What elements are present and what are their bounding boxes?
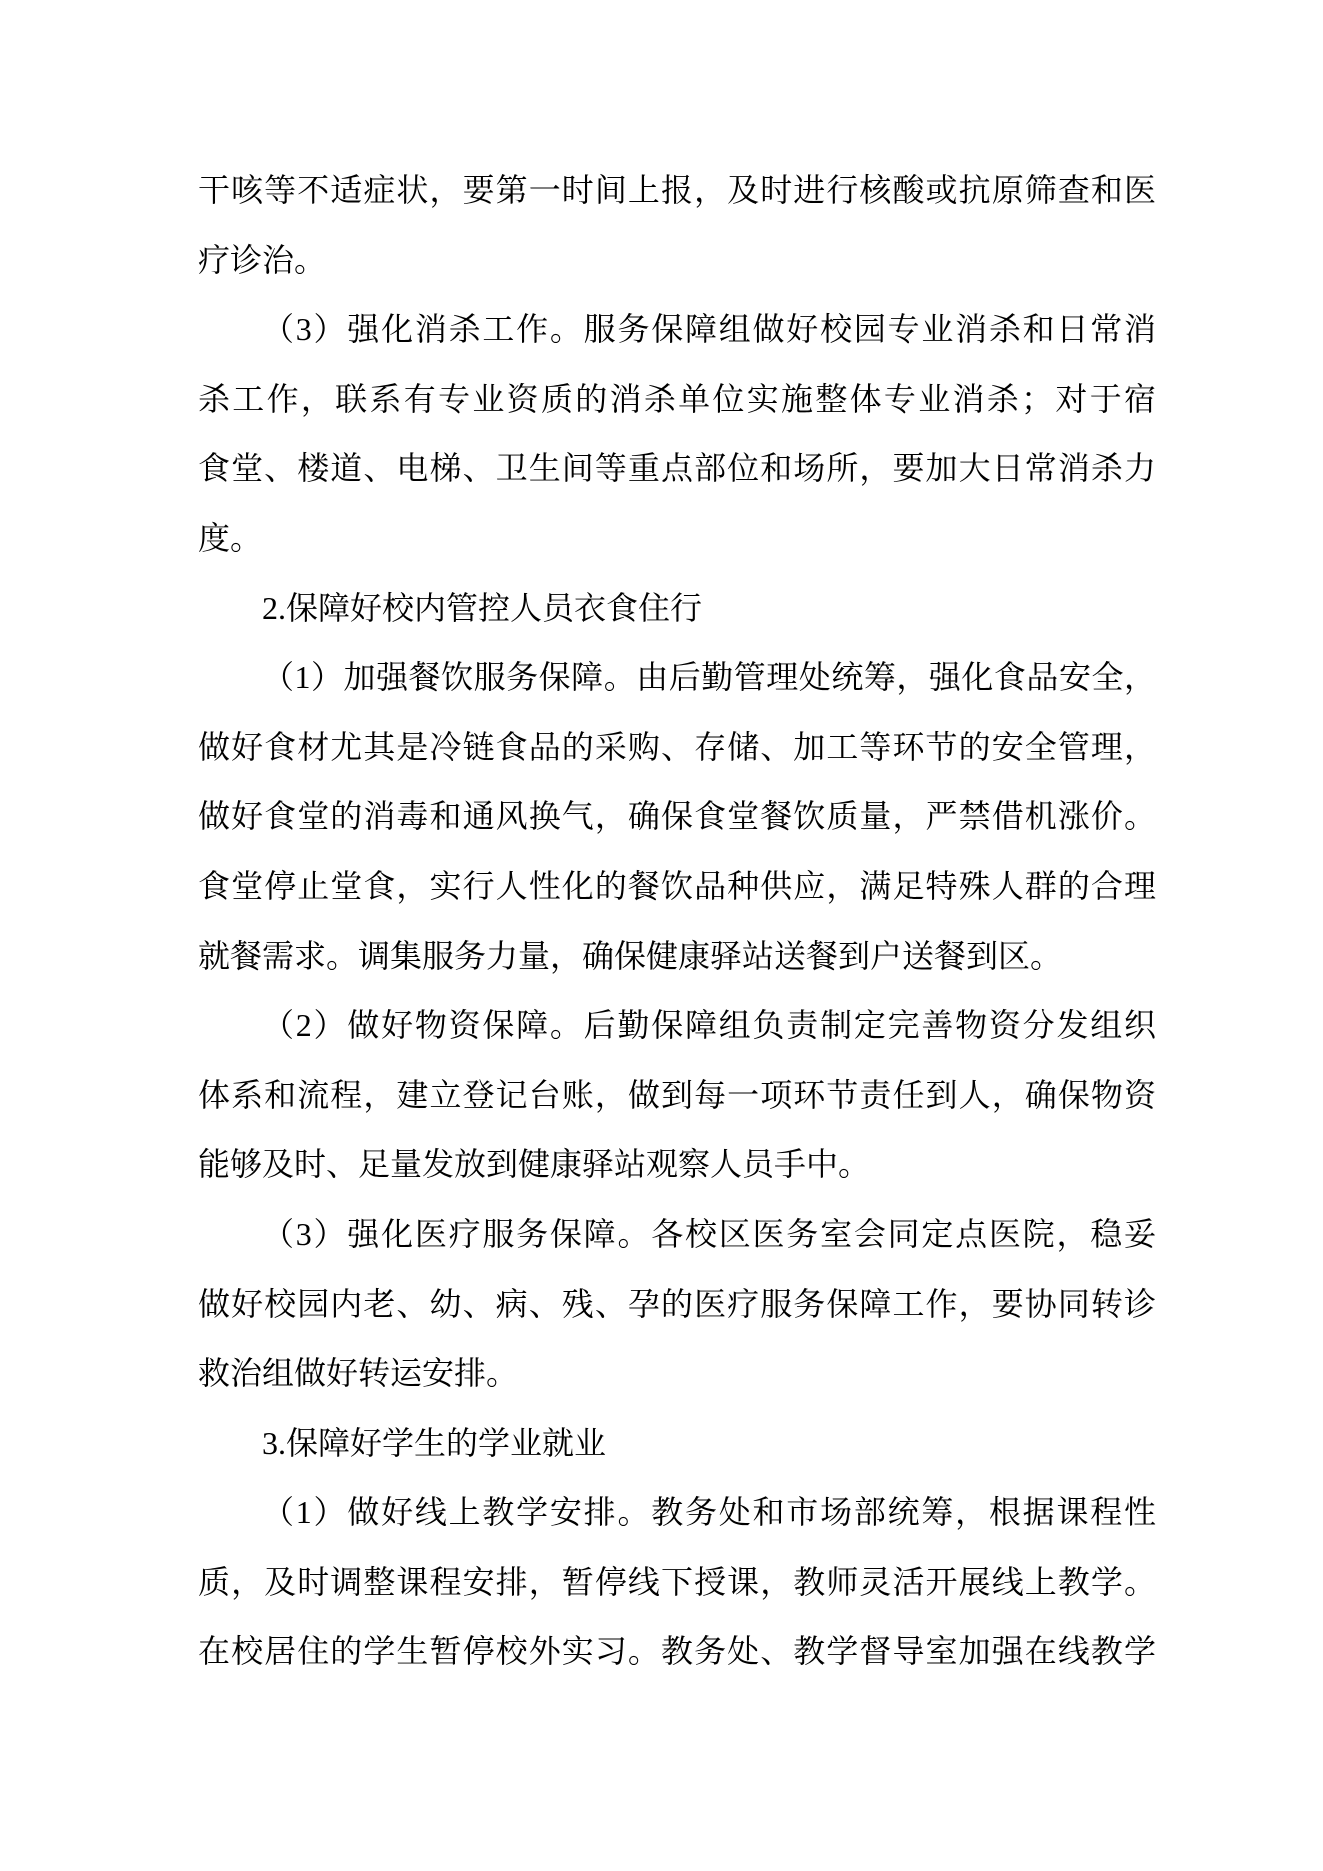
text-line: 食堂停止堂食，实行人性化的餐饮品种供应，满足特殊人群的合理 (198, 852, 1156, 922)
text-line: （3）强化医疗服务保障。各校区医务室会同定点医院，稳妥 (198, 1200, 1156, 1270)
text-line: 在校居住的学生暂停校外实习。教务处、教学督导室加强在线教学 (198, 1617, 1156, 1687)
text-line: 2.保障好校内管控人员衣食住行 (198, 574, 1156, 644)
text-line: （1）加强餐饮服务保障。由后勤管理处统筹，强化食品安全， (198, 643, 1156, 713)
text-line: 体系和流程，建立登记台账，做到每一项环节责任到人，确保物资 (198, 1061, 1156, 1131)
text-line: 疗诊治。 (198, 226, 1156, 296)
text-line: 能够及时、足量发放到健康驿站观察人员手中。 (198, 1130, 1156, 1200)
text-line: 食堂、楼道、电梯、卫生间等重点部位和场所，要加大日常消杀力 (198, 434, 1156, 504)
text-line: 杀工作，联系有专业资质的消杀单位实施整体专业消杀；对于宿舍、 (198, 365, 1156, 435)
text-line: 就餐需求。调集服务力量，确保健康驿站送餐到户送餐到区。 (198, 922, 1156, 992)
text-line: （3）强化消杀工作。服务保障组做好校园专业消杀和日常消 (198, 295, 1156, 365)
document-body: 干咳等不适症状，要第一时间上报，及时进行核酸或抗原筛查和医疗诊治。（3）强化消杀… (198, 156, 1156, 1687)
text-line: 质，及时调整课程安排，暂停线下授课，教师灵活开展线上教学。 (198, 1548, 1156, 1618)
text-line: 3.保障好学生的学业就业 (198, 1409, 1156, 1479)
text-line: （1）做好线上教学安排。教务处和市场部统筹，根据课程性 (198, 1478, 1156, 1548)
text-line: 做好食堂的消毒和通风换气，确保食堂餐饮质量，严禁借机涨价。 (198, 782, 1156, 852)
text-line: 做好食材尤其是冷链食品的采购、存储、加工等环节的安全管理， (198, 713, 1156, 783)
text-line: 干咳等不适症状，要第一时间上报，及时进行核酸或抗原筛查和医 (198, 156, 1156, 226)
text-line: 度。 (198, 504, 1156, 574)
text-line: （2）做好物资保障。后勤保障组负责制定完善物资分发组织 (198, 991, 1156, 1061)
text-line: 做好校园内老、幼、病、残、孕的医疗服务保障工作，要协同转诊 (198, 1270, 1156, 1340)
document-page: 干咳等不适症状，要第一时间上报，及时进行核酸或抗原筛查和医疗诊治。（3）强化消杀… (0, 0, 1323, 1871)
text-line: 救治组做好转运安排。 (198, 1339, 1156, 1409)
